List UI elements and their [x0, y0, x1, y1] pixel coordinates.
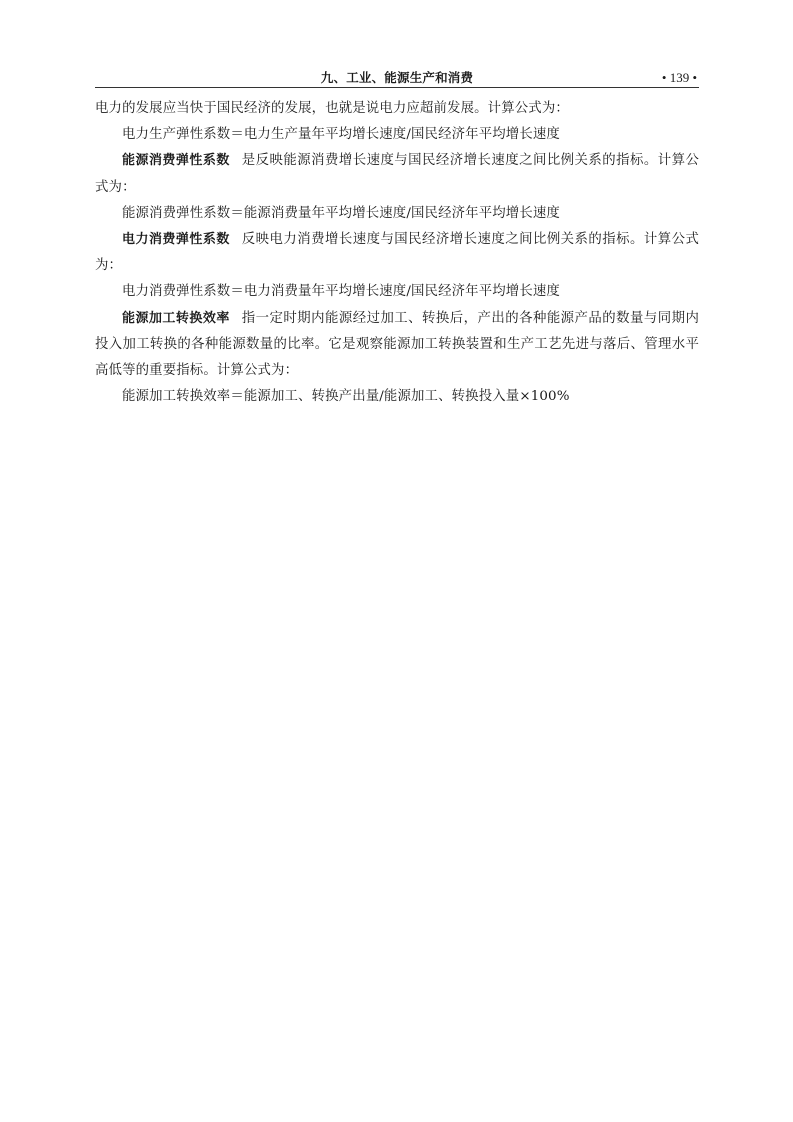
page-body: 电力的发展应当快于国民经济的发展，也就是说电力应超前发展。计算公式为： 电力生产… [95, 96, 699, 410]
paragraph-continuation: 电力的发展应当快于国民经济的发展，也就是说电力应超前发展。计算公式为： [95, 96, 699, 122]
page-number: • 139 • [662, 70, 697, 85]
formula-power-consumption-elasticity: 电力消费弹性系数＝电力消费量年平均增长速度/国民经济年平均增长速度 [95, 279, 699, 305]
formula-energy-consumption-elasticity: 能源消费弹性系数＝能源消费量年平均增长速度/国民经济年平均增长速度 [95, 201, 699, 227]
chapter-title: 九、工业、能源生产和消费 [95, 70, 699, 85]
formula-power-production-elasticity: 电力生产弹性系数＝电力生产量年平均增长速度/国民经济年平均增长速度 [95, 122, 699, 148]
page-header: 九、工业、能源生产和消费 • 139 • [95, 70, 699, 88]
term-power-consumption-elasticity: 电力消费弹性系数 [122, 232, 230, 247]
term-energy-consumption-elasticity: 能源消费弹性系数 [122, 153, 230, 168]
term-energy-conversion-efficiency: 能源加工转换效率 [122, 311, 230, 326]
definition-energy-consumption-elasticity: 能源消费弹性系数是反映能源消费增长速度与国民经济增长速度之间比例关系的指标。计算… [95, 148, 699, 200]
definition-energy-conversion-efficiency: 能源加工转换效率指一定时期内能源经过加工、转换后，产出的各种能源产品的数量与同期… [95, 306, 699, 385]
definition-power-consumption-elasticity: 电力消费弹性系数反映电力消费增长速度与国民经济增长速度之间比例关系的指标。计算公… [95, 227, 699, 279]
formula-energy-conversion-efficiency: 能源加工转换效率＝能源加工、转换产出量/能源加工、转换投入量×100% [95, 384, 699, 410]
